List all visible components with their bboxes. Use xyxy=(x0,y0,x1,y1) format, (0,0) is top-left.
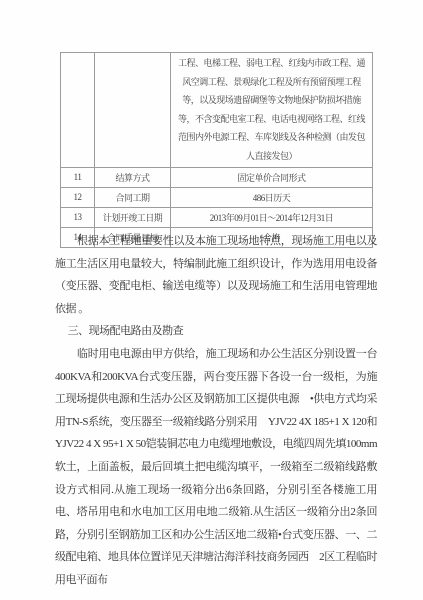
table-row-continuation: 工程、电梯工程、弱电工程、红线内市政工程、通风空调工程、景观绿化工程及所有预留预… xyxy=(61,53,373,168)
paragraph-1: 根据本工程地重要性以及本施工现场地特点，现场施工用电以及施工生活区用电量较大，特… xyxy=(55,230,377,320)
row-number: 12 xyxy=(61,187,95,207)
row-number: 13 xyxy=(61,207,95,227)
contract-info-table: 工程、电梯工程、弱电工程、红线内市政工程、通风空调工程、景观绿化工程及所有预留预… xyxy=(60,52,373,248)
section-heading: 三、现场配电路由及勘查 xyxy=(55,320,377,343)
paragraph-2: 临时用电电源由甲方供给，施工现场和办公生活区分别设置一台400KVA和200KV… xyxy=(55,343,377,592)
row-label-empty xyxy=(95,53,171,168)
row-label: 结算方式 xyxy=(95,167,171,187)
table-row: 12 合同工期 486日历天 xyxy=(61,187,373,207)
row-number: 11 xyxy=(61,167,95,187)
row-number-empty xyxy=(61,53,95,168)
continuation-cell: 工程、电梯工程、弱电工程、红线内市政工程、通风空调工程、景观绿化工程及所有预留预… xyxy=(171,53,373,168)
row-label: 合同工期 xyxy=(95,187,171,207)
row-value: 2013年09月01日～2014年12月31日 xyxy=(171,207,373,227)
row-value: 固定单价合同形式 xyxy=(171,167,373,187)
table-row: 11 结算方式 固定单价合同形式 xyxy=(61,167,373,187)
table-row: 13 计划开竣工日期 2013年09月01日～2014年12月31日 xyxy=(61,207,373,227)
body-text: 根据本工程地重要性以及本施工现场地特点，现场施工用电以及施工生活区用电量较大，特… xyxy=(55,230,377,592)
row-value: 486日历天 xyxy=(171,187,373,207)
row-label: 计划开竣工日期 xyxy=(95,207,171,227)
document-page: 工程、电梯工程、弱电工程、红线内市政工程、通风空调工程、景观绿化工程及所有预留预… xyxy=(0,0,423,600)
